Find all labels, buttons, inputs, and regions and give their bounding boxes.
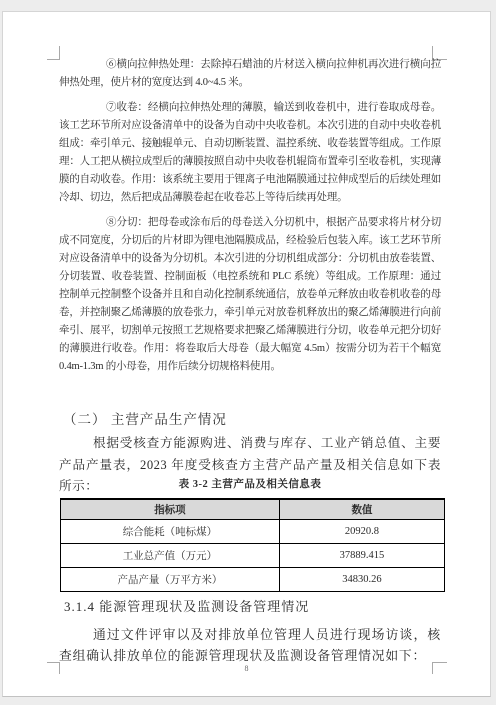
document-page: ⑥横向拉伸热处理：去除掉石蜡油的片材送入横向拉伸机再次进行横向拉伸热处理，使片材… bbox=[2, 11, 491, 697]
main-products-table: 指标项 数值 综合能耗（吨标煤） 20920.8 工业总产值（万元） 37889… bbox=[60, 498, 445, 592]
paragraph-step-8: ⑧分切：把母卷或涂布后的母卷送入分切机中，根据产品要求将片材分切成不同宽度，分切… bbox=[59, 214, 441, 376]
process-steps-block: ⑥横向拉伸热处理：去除掉石蜡油的片材送入横向拉伸机再次进行横向拉伸热处理，使片材… bbox=[59, 56, 441, 383]
section-heading-energy-management: 3.1.4 能源管理现状及监测设备管理情况 bbox=[64, 596, 309, 615]
page-number: 8 bbox=[3, 664, 490, 673]
table-cell-value: 34830.26 bbox=[279, 568, 444, 592]
section-heading-main-products: （二） 主营产品生产情况 bbox=[63, 408, 227, 428]
table-cell-value: 20920.8 bbox=[279, 520, 444, 544]
table-cell-label: 综合能耗（吨标煤） bbox=[61, 520, 280, 544]
table-cell-value: 37889.415 bbox=[279, 544, 444, 568]
table-row: 综合能耗（吨标煤） 20920.8 bbox=[61, 520, 445, 544]
table-cell-label: 产品产量（万平方米） bbox=[61, 568, 280, 592]
table-header-value: 数值 bbox=[279, 499, 444, 520]
table-caption: 表 3-2 主营产品及相关信息表 bbox=[59, 476, 441, 491]
paragraph-step-6: ⑥横向拉伸热处理：去除掉石蜡油的片材送入横向拉伸机再次进行横向拉伸热处理，使片材… bbox=[59, 56, 441, 92]
closing-paragraph: 通过文件评审以及对排放单位管理人员进行现场访谈，核查组确认排放单位的能源管理现状… bbox=[59, 625, 441, 667]
table-header-indicator: 指标项 bbox=[61, 499, 280, 520]
table-cell-label: 工业总产值（万元） bbox=[61, 544, 280, 568]
table-header-row: 指标项 数值 bbox=[61, 499, 445, 520]
paragraph-step-7: ⑦收卷：经横向拉伸热处理的薄膜，输送到收卷机中，进行卷取成母卷。该工艺环节所对应… bbox=[59, 99, 441, 207]
table-row: 工业总产值（万元） 37889.415 bbox=[61, 544, 445, 568]
table-row: 产品产量（万平方米） 34830.26 bbox=[61, 568, 445, 592]
